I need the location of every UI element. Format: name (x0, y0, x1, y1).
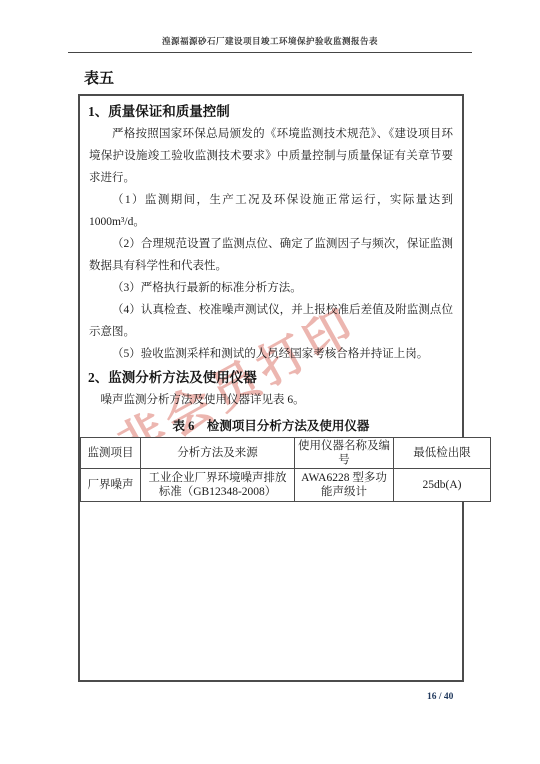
section1-item-4: （4）认真检查、校准噪声测试仪，并上报校准后差值及附监测点位示意图。 (89, 299, 453, 343)
section1-intro: 严格按照国家环保总局颁发的《环境监测技术规范》、《建设项目环境保护设施竣工验收监… (89, 123, 453, 189)
sheet-label: 表五 (84, 67, 114, 88)
section2-note: 噪声监测分析方法及使用仪器详见表 6。 (89, 389, 453, 411)
table-row: 厂界噪声 工业企业厂界环境噪声排放标准（GB12348-2008） AWA622… (81, 469, 491, 502)
header-analysis-method: 分析方法及来源 (141, 438, 295, 469)
section1-item-2: （2）合理规范设置了监测点位、确定了监测因子与频次，保证监测数据具有科学性和代表… (89, 233, 453, 277)
section1-item-5: （5）验收监测采样和测试的人员经国家考核合格并持证上岗。 (89, 343, 453, 365)
document-header-title: 湟源福源砂石厂建设项目竣工环境保护验收监测报告表 (68, 35, 472, 53)
section1-item-3: （3）严格执行最新的标准分析方法。 (89, 277, 453, 299)
instrument-table: 监测项目 分析方法及来源 使用仪器名称及编号 最低检出限 厂界噪声 工业企业厂界… (80, 437, 491, 502)
form-content-box: 1、质量保证和质量控制 严格按照国家环保总局颁发的《环境监测技术规范》、《建设项… (78, 94, 464, 682)
section1-heading: 1、质量保证和质量控制 (88, 103, 454, 121)
table6-title: 表 6 检测项目分析方法及使用仪器 (80, 416, 462, 434)
section1-item-1: （1）监测期间，生产工况及环保设施正常运行，实际量达到 1000m³/d。 (89, 189, 453, 233)
cell-instrument-name: AWA6228 型多功能声级计 (295, 469, 394, 502)
cell-monitor-item: 厂界噪声 (81, 469, 141, 502)
header-monitor-item: 监测项目 (81, 438, 141, 469)
page-number: 16 / 40 (427, 692, 453, 702)
section2-heading: 2、监测分析方法及使用仪器 (88, 369, 454, 387)
header-instrument-name: 使用仪器名称及编号 (295, 438, 394, 469)
table-header-row: 监测项目 分析方法及来源 使用仪器名称及编号 最低检出限 (81, 438, 491, 469)
cell-detection-limit: 25db(A) (394, 469, 491, 502)
header-detection-limit: 最低检出限 (394, 438, 491, 469)
cell-analysis-method: 工业企业厂界环境噪声排放标准（GB12348-2008） (141, 469, 295, 502)
